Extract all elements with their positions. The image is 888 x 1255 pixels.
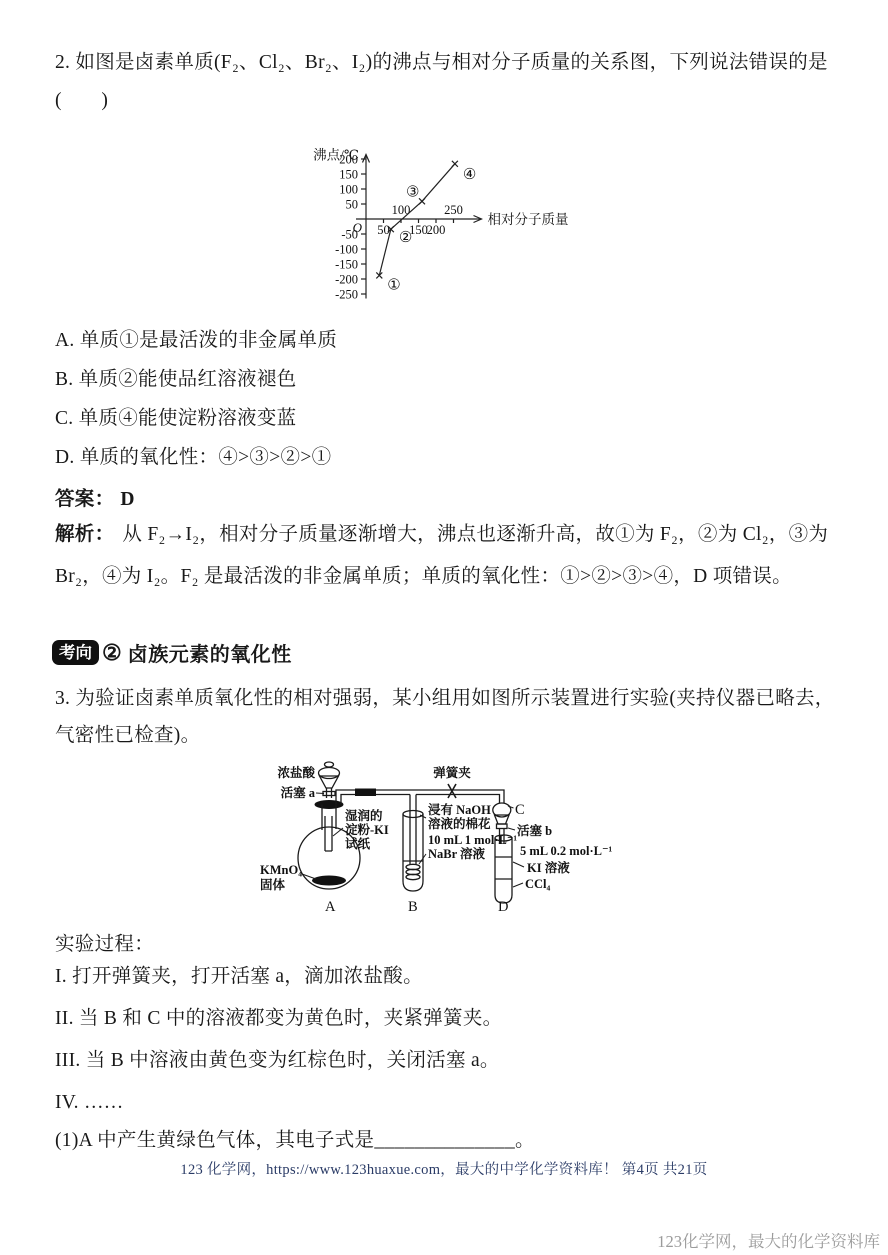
- label-cotton-1: 浸有 NaOH: [427, 802, 491, 817]
- label-paper-1: 湿润的: [345, 808, 383, 823]
- label-cotton-2: 溶液的棉花: [428, 816, 491, 831]
- svg-text:200: 200: [339, 153, 358, 167]
- label-stopcock-b: 活塞 b: [517, 823, 552, 838]
- sub-question-1: (1)A 中产生黄绿色气体，其电子式是______________。: [55, 1122, 849, 1160]
- svg-text:-50: -50: [341, 228, 358, 242]
- page-footer: 123 化学网，https://www.123huaxue.com，最大的中学化…: [0, 1158, 888, 1179]
- experiment-steps: I. 打开弹簧夹，打开活塞 a，滴加浓盐酸。 II. 当 B 和 C 中的溶液都…: [55, 956, 502, 1124]
- option-d: D. 单质的氧化性：④>③>②>①: [55, 438, 337, 477]
- label-vessel-d: D: [498, 899, 508, 915]
- analysis-label: 解析：: [55, 524, 114, 545]
- svg-text:50: 50: [346, 198, 359, 212]
- starch-ki-paper-strip: [325, 816, 332, 851]
- svg-text:200: 200: [427, 223, 446, 237]
- svg-text:250: 250: [444, 203, 463, 217]
- svg-text:-100: -100: [335, 243, 358, 257]
- section-badge: 考向: [52, 640, 99, 665]
- analysis-paragraph: 解析：从 F₂→I₂，相对分子质量逐渐增大，沸点也逐渐升高，故①为 F₂，②为 …: [55, 514, 849, 598]
- label-ki-1: 5 mL 0.2 mol·L⁻¹: [520, 844, 613, 858]
- svg-text:②: ②: [399, 230, 412, 246]
- test-tube-b: [403, 795, 423, 892]
- question-2-options: A. 单质①是最活泼的非金属单质 B. 单质②能使品红溶液褪色 C. 单质④能使…: [55, 321, 337, 477]
- label-vessel-c: C: [515, 802, 525, 818]
- tube-connector: [355, 789, 376, 797]
- connecting-tubes: [336, 784, 504, 804]
- section-header: 考向 ② 卤族元素的氧化性: [52, 638, 292, 667]
- document-page: { "question2": { "stem": "2. 如图是卤素单质(F₂、…: [0, 0, 888, 1255]
- boiling-point-chart-svg: 沸点/℃相对分子质量O20015010050-50-100-150-200-25…: [298, 122, 598, 312]
- question-3-stem: 3. 为验证卤素单质氧化性的相对强弱，某小组用如图所示装置进行实验(夹持仪器已略…: [55, 680, 849, 754]
- option-b: B. 单质②能使品红溶液褪色: [55, 360, 337, 399]
- label-kmno4: KMnO₄: [260, 863, 302, 877]
- svg-text:150: 150: [339, 168, 358, 182]
- svg-text:50: 50: [377, 223, 390, 237]
- watermark: 123化学网，最大的化学资料库: [657, 1228, 880, 1252]
- label-paper-2: 淀粉-KI: [345, 822, 389, 837]
- kmno4-solid: [312, 876, 346, 886]
- step-4: IV. ……: [55, 1082, 502, 1124]
- svg-text:④: ④: [463, 167, 476, 183]
- apparatus-svg: 浓盐酸 活塞 a 湿润的 淀粉-KI 试纸 KMnO₄ 固体 A 弹簧夹 浸有 …: [252, 758, 652, 916]
- step-3: III. 当 B 中溶液由黄色变为红棕色时，关闭活塞 a。: [55, 1040, 502, 1082]
- step-1: I. 打开弹簧夹，打开活塞 a，滴加浓盐酸。: [55, 956, 502, 998]
- svg-text:100: 100: [339, 183, 358, 197]
- label-solid: 固体: [260, 877, 286, 892]
- svg-text:-250: -250: [335, 288, 358, 302]
- rubber-stopper: [315, 800, 344, 809]
- label-nabr-2: NaBr 溶液: [428, 846, 486, 861]
- label-vessel-b: B: [408, 899, 418, 915]
- svg-text:-200: -200: [335, 273, 358, 287]
- answer-value: D: [120, 489, 134, 510]
- svg-text:相对分子质量: 相对分子质量: [488, 211, 569, 227]
- svg-text:③: ③: [406, 184, 419, 200]
- section-title: 卤族元素的氧化性: [128, 638, 292, 667]
- section-number: ②: [102, 640, 122, 666]
- boiling-point-chart: 沸点/℃相对分子质量O20015010050-50-100-150-200-25…: [298, 122, 598, 317]
- analysis-text: 从 F₂→I₂，相对分子质量逐渐增大，沸点也逐渐升高，故①为 F₂，②为 Cl₂…: [55, 524, 828, 587]
- label-ccl4: CCl₄: [525, 877, 551, 891]
- option-a: A. 单质①是最活泼的非金属单质: [55, 321, 337, 360]
- svg-text:①: ①: [387, 277, 400, 293]
- spring-clamp-symbol: [448, 784, 456, 798]
- answer-label: 答案：: [55, 489, 114, 510]
- label-paper-3: 试纸: [345, 836, 371, 851]
- step-2: II. 当 B 和 C 中的溶液都变为黄色时，夹紧弹簧夹。: [55, 998, 502, 1040]
- option-c: C. 单质④能使淀粉溶液变蓝: [55, 399, 337, 438]
- svg-text:-150: -150: [335, 258, 358, 272]
- apparatus-diagram: 浓盐酸 活塞 a 湿润的 淀粉-KI 试纸 KMnO₄ 固体 A 弹簧夹 浸有 …: [252, 758, 652, 921]
- label-nabr-1: 10 mL 1 mol·L⁻¹: [428, 833, 517, 847]
- label-stopcock-a: 活塞 a: [281, 785, 316, 800]
- label-conc-hcl: 浓盐酸: [277, 765, 315, 780]
- label-ki-2: KI 溶液: [527, 860, 570, 875]
- question-2-stem: 2. 如图是卤素单质(F₂、Cl₂、Br₂、I₂)的沸点与相对分子质量的关系图，…: [55, 44, 849, 120]
- label-vessel-a: A: [325, 899, 336, 915]
- label-spring-clamp: 弹簧夹: [433, 765, 471, 780]
